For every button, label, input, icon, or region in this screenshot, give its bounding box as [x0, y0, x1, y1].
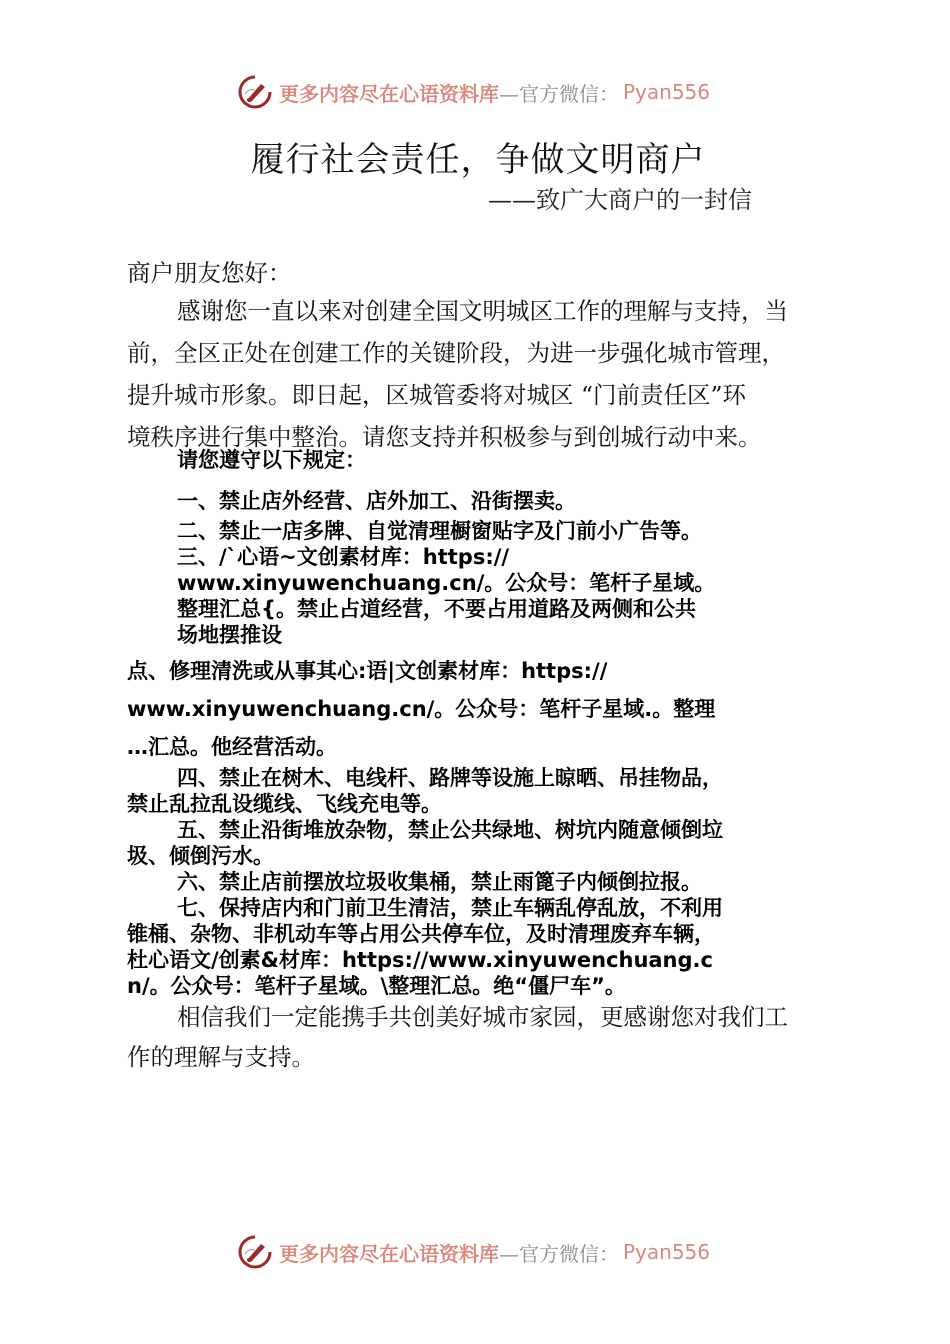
watermark-wechat-id: Pyan556	[623, 1240, 710, 1264]
rule-line: …汇总。他经营活动。	[127, 731, 337, 761]
rule-line: www.xinyuwenchuang.cn/。公众号：笔杆子星域.。整理	[127, 693, 715, 723]
watermark-wechat-label: —官方微信：	[499, 78, 619, 107]
rules-heading: 请您遵守以下规定：	[177, 444, 366, 474]
document-subtitle: ——致广大商户的一封信	[488, 180, 752, 215]
watermark-text: 更多内容尽在心语资料库	[279, 78, 499, 107]
intro-line: 提升城市形象。即日起，区城管委将对城区 “门前责任区”环	[127, 374, 746, 416]
greeting: 商户朋友您好：	[127, 254, 292, 288]
header-watermark-banner: 更多内容尽在心语资料库 —官方微信： Pyan556	[237, 72, 710, 112]
rule-line: 点、修理清洗或从事其心:语|文创素材库：https://	[127, 655, 607, 685]
rule-line: 一、禁止店外经营、店外加工、沿街摆卖。	[177, 485, 576, 515]
closing-line: 相信我们一定能携手共创美好城市家园，更感谢您对我们工	[177, 996, 788, 1038]
intro-line: 感谢您一直以来对创建全国文明城区工作的理解与支持，当	[177, 290, 788, 332]
rule-line: 场地摆推设	[177, 619, 282, 649]
watermark-wechat-label: —官方微信：	[499, 1238, 619, 1267]
watermark-wechat-id: Pyan556	[623, 80, 710, 104]
quill-pen-logo-icon	[237, 74, 273, 110]
document-title: 履行社会责任，争做文明商户	[0, 132, 950, 181]
watermark-text: 更多内容尽在心语资料库	[279, 1238, 499, 1267]
closing-line: 作的理解与支持。	[127, 1036, 315, 1078]
quill-pen-logo-icon	[237, 1234, 273, 1270]
intro-line: 前，全区正处在创建工作的关键阶段，为进一步强化城市管理，	[127, 332, 785, 374]
footer-watermark-banner: 更多内容尽在心语资料库 —官方微信： Pyan556	[237, 1232, 710, 1272]
